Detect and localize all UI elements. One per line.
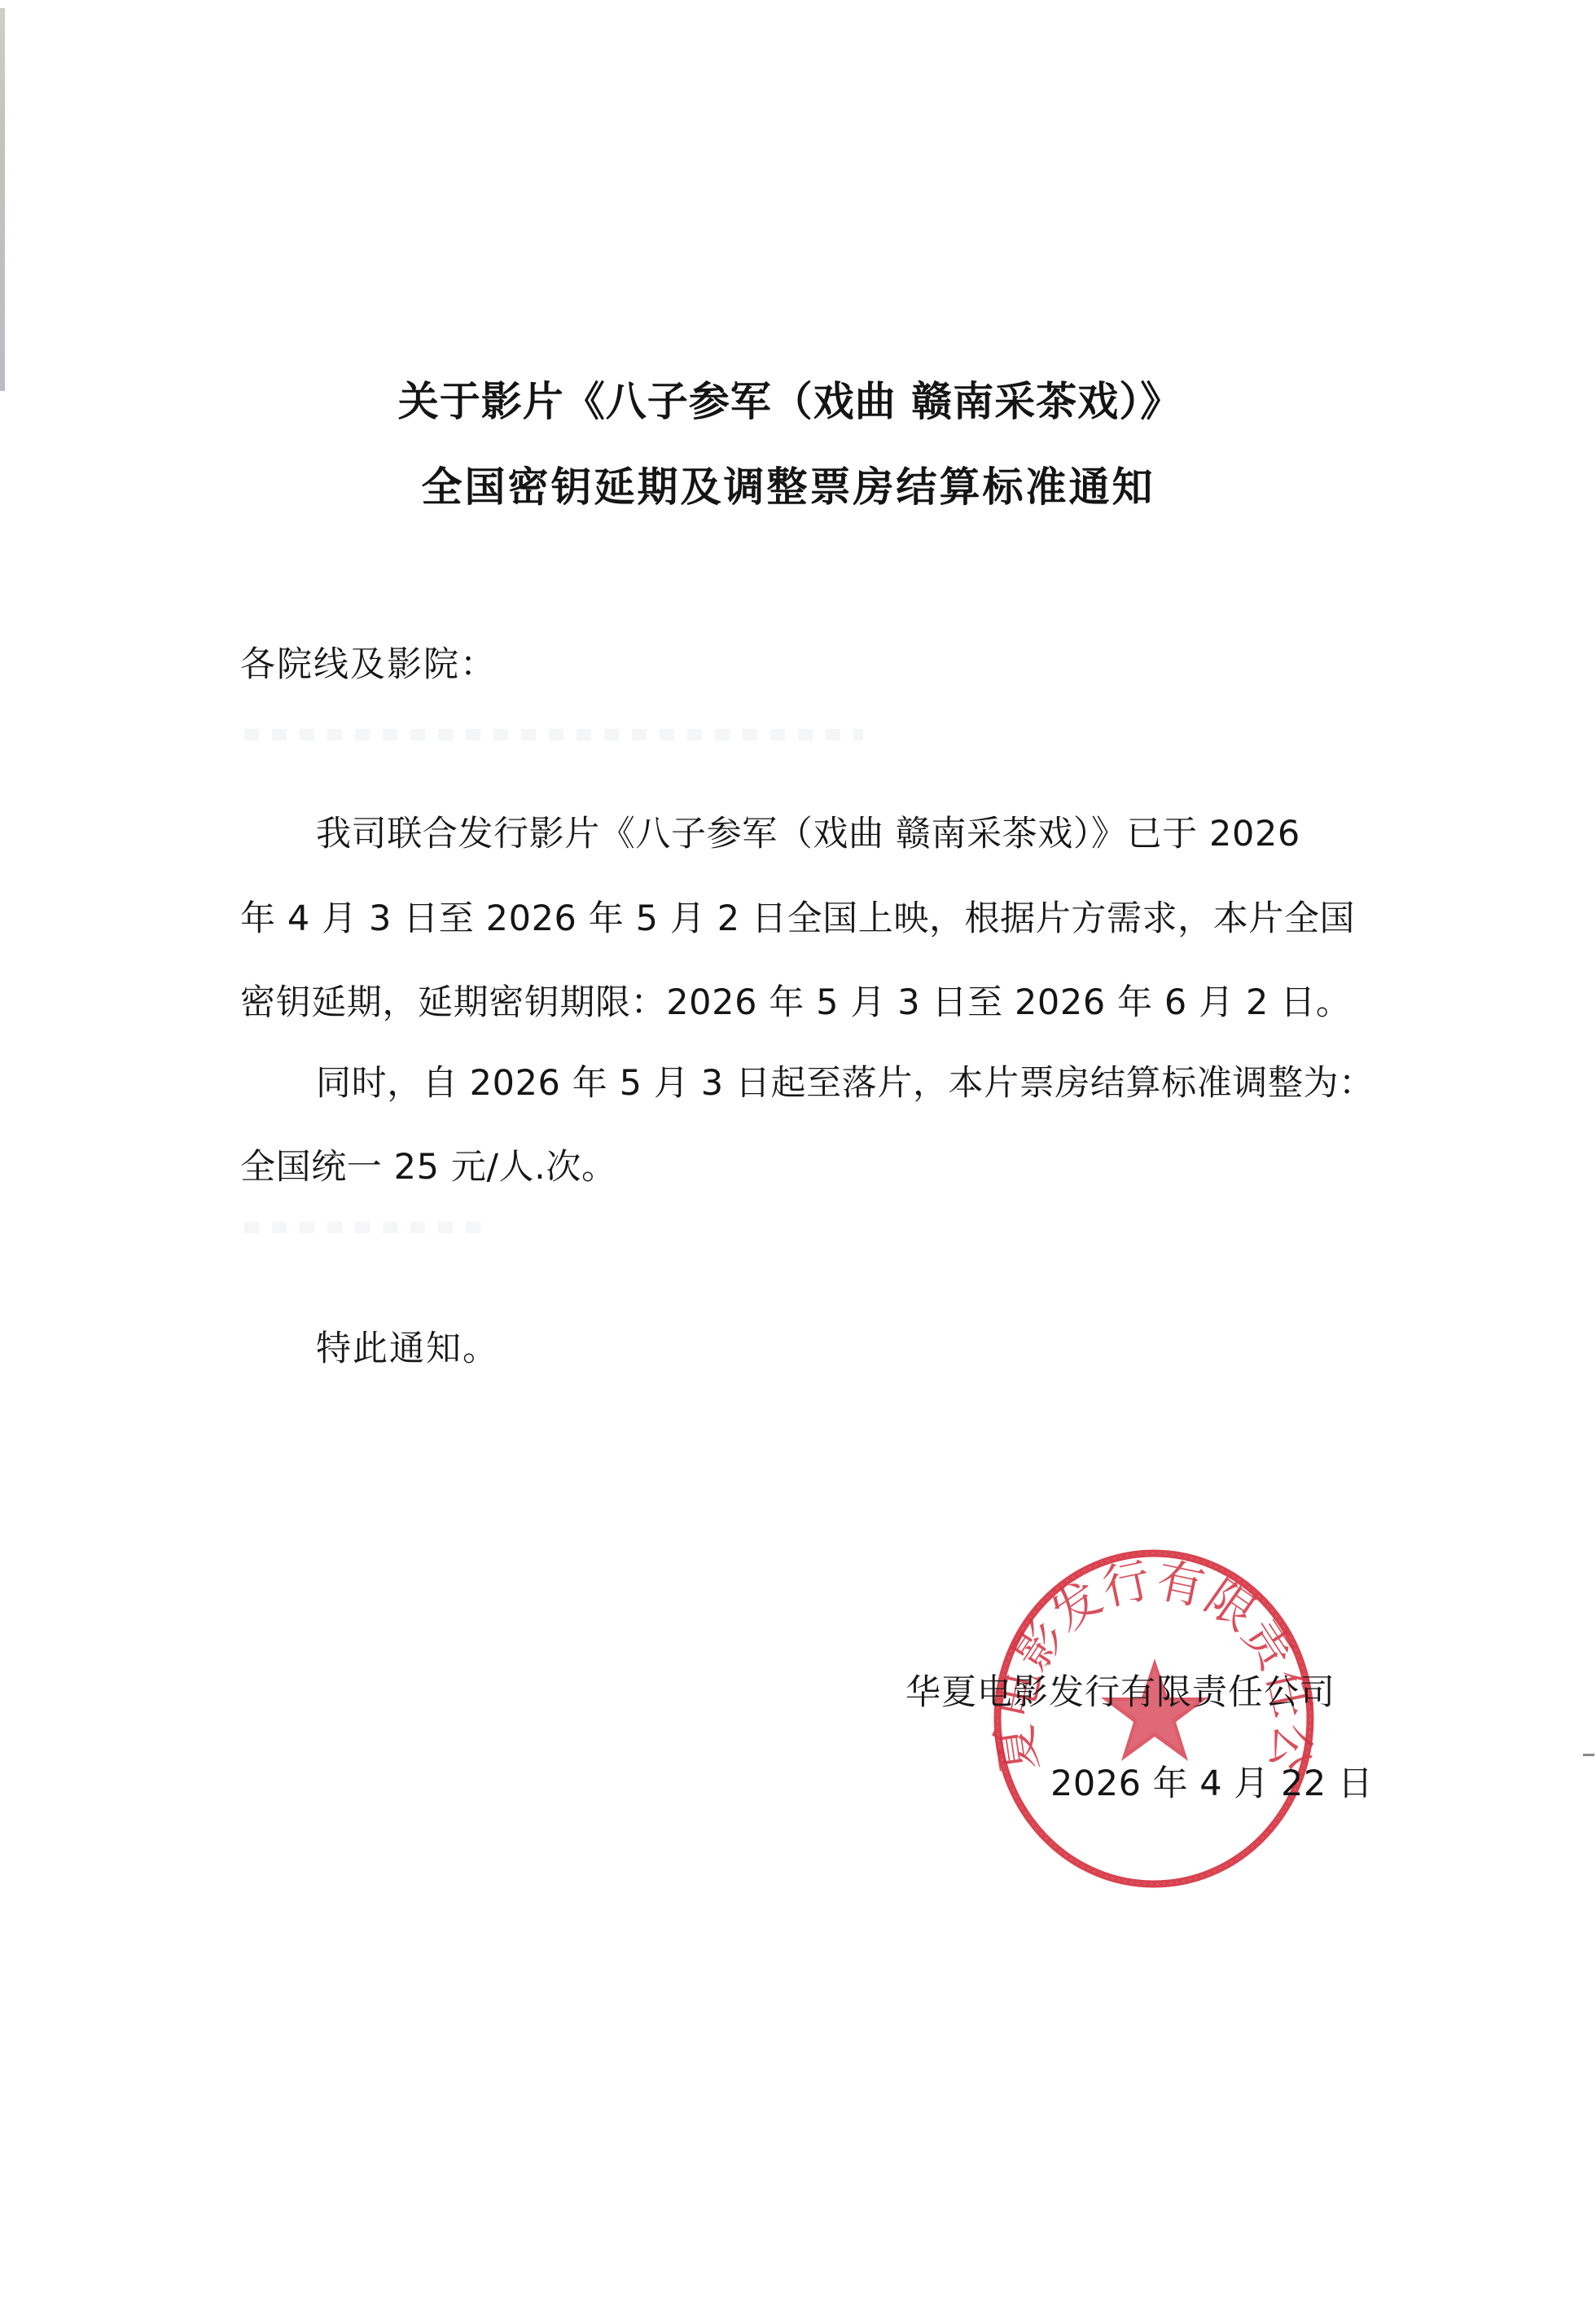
- svg-text:华夏电影发行有限责任公司: 华夏电影发行有限责任公司: [987, 1546, 1321, 1776]
- bleed-through-artifact: [244, 1222, 489, 1233]
- company-seal: 华夏电影发行有限责任公司: [987, 1546, 1321, 1892]
- issuer-company-name: 华夏电影发行有限责任公司: [905, 1670, 1335, 1715]
- paragraph-2-line-2: 全国统一 25 元/人.次。: [240, 1144, 617, 1190]
- issue-date: 2026 年 4 月 22 日: [1050, 1761, 1373, 1807]
- bleed-through-artifact: [244, 729, 863, 740]
- scan-mark-artifact: [1583, 1754, 1594, 1756]
- salutation: 各院线及影院：: [240, 642, 497, 687]
- document-title-line-2: 全国密钥延期及调整票房结算标准通知: [0, 463, 1586, 512]
- closing-remark: 特此通知。: [316, 1326, 499, 1372]
- paragraph-1-line-2: 年 4 月 3 日至 2026 年 5 月 2 日全国上映，根据片方需求，本片全…: [240, 896, 1355, 942]
- paragraph-1-line-1: 我司联合发行影片《八子参军（戏曲 赣南采茶戏）》已于 2026: [316, 811, 1300, 857]
- document-title-line-1: 关于影片《八子参军（戏曲 赣南采茶戏）》: [0, 377, 1588, 426]
- scan-edge-artifact: [0, 8, 5, 391]
- paragraph-2-line-1: 同时，自 2026 年 5 月 3 日起至落片，本片票房结算标准调整为：: [316, 1061, 1375, 1106]
- paragraph-1-line-3: 密钥延期，延期密钥期限：2026 年 5 月 3 日至 2026 年 6 月 2…: [240, 980, 1351, 1026]
